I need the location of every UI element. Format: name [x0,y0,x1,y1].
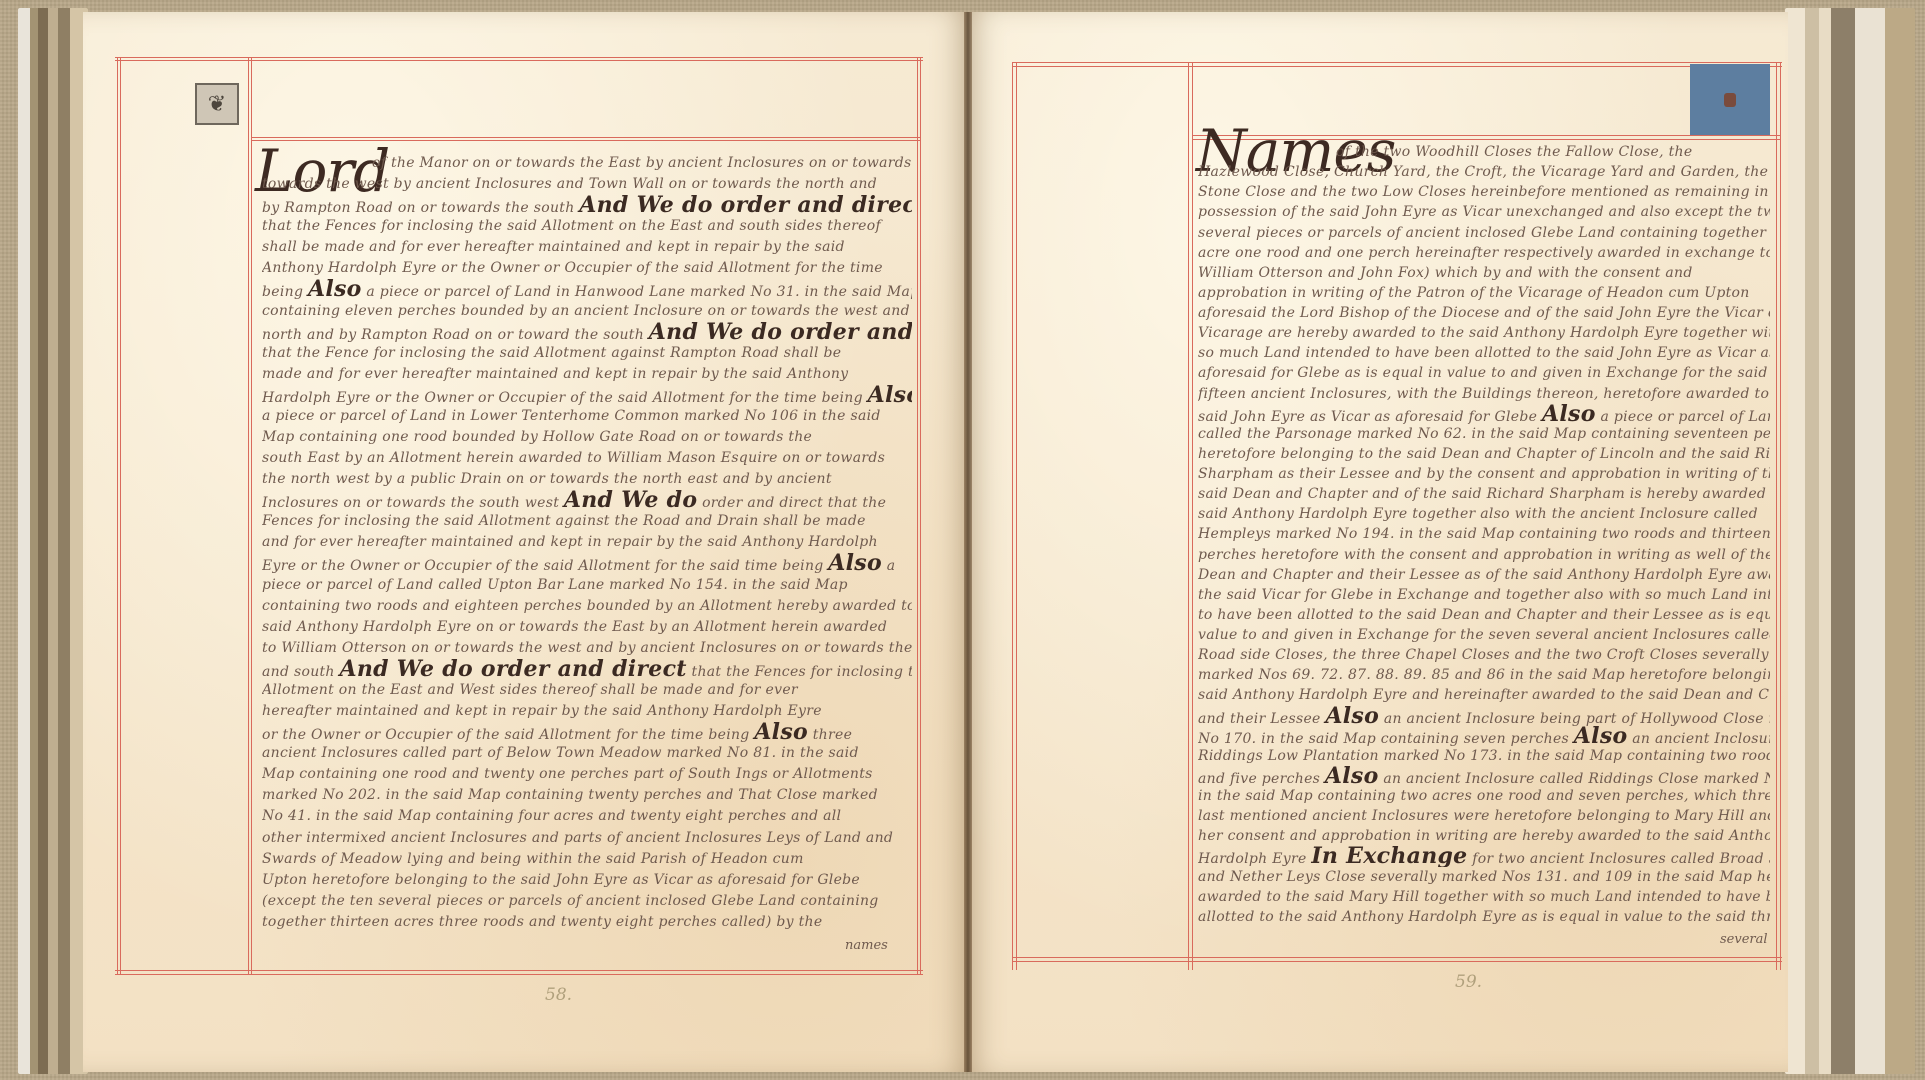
manuscript-line: marked Nos 69. 72. 87. 88. 89. 85 and 86… [1198,665,1770,685]
manuscript-line: and for ever hereafter maintained and ke… [262,532,912,553]
manuscript-line: hereafter maintained and kept in repair … [262,701,912,722]
manuscript-line: Hardolph Eyre In Exchange for two ancien… [1198,846,1770,866]
left-catchword: names [845,938,888,953]
line-text: No 41. in the said Map containing four a… [262,808,841,824]
manuscript-line: Upton heretofore belonging to the said J… [262,870,912,891]
line-text: a piece or parcel of Land in Hanwood Lan… [362,284,912,300]
line-text: and five perches [1198,771,1325,786]
right-frame-left-rule-2 [1016,62,1017,970]
line-text: marked No 202. in the said Map containin… [262,787,878,803]
manuscript-line: to have been allotted to the said Dean a… [1198,605,1770,625]
line-text: allotted to the said Anthony Hardolph Ey… [1198,909,1770,925]
manuscript-line: heretofore belonging to the said Dean an… [1198,444,1770,464]
line-text: made and for ever hereafter maintained a… [262,366,848,382]
line-text: containing eleven perches bounded by an … [262,303,910,319]
line-text: Road side Closes, the three Chapel Close… [1198,647,1769,663]
line-text: order and direct that the [697,495,886,511]
manuscript-line: Dean and Chapter and their Lessee as of … [1198,565,1770,585]
line-text: aforesaid the Lord Bishop of the Diocese… [1198,305,1770,321]
engrossed-phrase: Also [308,279,362,300]
line-text: that the Fences for inclosing the said [687,664,912,680]
manuscript-line: containing two roods and eighteen perche… [262,596,912,617]
line-text: Stone Close and the two Low Closes herei… [1198,184,1770,200]
manuscript-line: Map containing one rood bounded by Hollo… [262,427,912,448]
manuscript-line: that the Fence for inclosing the said Al… [262,343,912,364]
right-frame-bottom-rule-2 [1012,961,1782,962]
line-text: the north west by a public Drain on or t… [262,471,832,487]
manuscript-line: approbation in writing of the Patron of … [1198,283,1770,303]
right-frame-bottom-rule [1012,957,1782,958]
line-text: her consent and approbation in writing a… [1198,828,1770,844]
manuscript-line: north and by Rampton Road on or toward t… [262,322,912,343]
line-text: Sharpham as their Lessee and by the cons… [1198,466,1770,482]
manuscript-line: by Rampton Road on or towards the south … [262,195,912,216]
line-text: and for ever hereafter maintained and ke… [262,534,878,550]
manuscript-line: other intermixed ancient Inclosures and … [262,828,912,849]
right-page-text: of the two Woodhill Closes the Fallow Cl… [1198,142,1770,927]
line-text: the said Vicar for Glebe in Exchange and… [1198,587,1770,603]
manuscript-line: Inclosures on or towards the south west … [262,490,912,511]
manuscript-line: Sharpham as their Lessee and by the cons… [1198,464,1770,484]
left-frame-right-rule-2 [920,57,921,975]
manuscript-line: south East by an Allotment herein awarde… [262,448,912,469]
manuscript-line: together thirteen acres three roods and … [262,912,912,933]
right-frame-top-rule-2 [1012,66,1782,67]
manuscript-line: possession of the said John Eyre as Vica… [1198,202,1770,222]
line-text: Fences for inclosing the said Allotment … [262,513,866,529]
line-text: heretofore belonging to the said Dean an… [1198,446,1770,462]
line-text: No 170. in the said Map containing seven… [1198,731,1574,746]
line-text: in the said Map containing two acres one… [1198,788,1770,804]
line-text: said Dean and Chapter and of the said Ri… [1198,486,1770,502]
line-text: Hempleys marked No 194. in the said Map … [1198,526,1770,542]
left-margin-rule [248,57,249,975]
line-text: an ancient Inclosure called Riddings Clo… [1379,771,1770,786]
line-text: perches heretofore with the consent and … [1198,547,1770,563]
manuscript-line: fifteen ancient Inclosures, with the Bui… [1198,384,1770,404]
line-text: called the Parsonage marked No 62. in th… [1198,426,1770,442]
crest-icon: ❦ [208,92,226,117]
manuscript-line: said Anthony Hardolph Eyre together also… [1198,504,1770,524]
manuscript-line: Eyre or the Owner or Occupier of the sai… [262,553,912,574]
engrossed-phrase: Also [868,385,912,406]
line-text: said Anthony Hardolph Eyre and hereinaft… [1198,687,1770,703]
line-text: an ancient Inclosure called [1627,731,1770,746]
line-text: for two ancient Inclosures called Broad … [1467,851,1770,866]
line-text: that the Fences for inclosing the said A… [262,218,881,234]
engrossed-phrase: Also [1542,404,1596,424]
line-text: a piece or parcel of Land [1596,409,1770,424]
line-text: south East by an Allotment herein awarde… [262,450,885,466]
line-text: and Nether Leys Close severally marked N… [1198,869,1770,885]
manuscript-line: Stone Close and the two Low Closes herei… [1198,182,1770,202]
manuscript-line: towards the west by ancient Inclosures a… [262,174,912,195]
line-text: acre one rood and one perch hereinafter … [1198,245,1770,261]
engrossed-phrase: And We do [564,490,697,511]
line-text: of the two Woodhill Closes the Fallow Cl… [1336,144,1692,160]
line-text: Hardolph Eyre or the Owner or Occupier o… [262,390,868,406]
engrossed-phrase: And We do order and direct [649,322,912,343]
line-text: Vicarage are hereby awarded to the said … [1198,325,1770,341]
right-catchword: several [1720,932,1768,947]
line-text: said John Eyre as Vicar as aforesaid for… [1198,409,1542,424]
line-text: several pieces or parcels of ancient inc… [1198,225,1770,241]
manuscript-line: Riddings Low Plantation marked No 173. i… [1198,746,1770,766]
manuscript-line: said John Eyre as Vicar as aforesaid for… [1198,404,1770,424]
line-text: Map containing one rood bounded by Hollo… [262,429,812,445]
left-frame-left-rule [117,57,118,975]
right-margin-rule-2 [1192,62,1193,970]
line-text: Eyre or the Owner or Occupier of the sai… [262,558,828,574]
left-frame-top-rule [115,57,923,58]
manuscript-line: said Dean and Chapter and of the said Ri… [1198,484,1770,504]
manuscript-line: made and for ever hereafter maintained a… [262,364,912,385]
right-frame-right-rule [1776,62,1777,970]
line-text: Anthony Hardolph Eyre or the Owner or Oc… [262,260,883,276]
line-text: said Anthony Hardolph Eyre on or towards… [262,619,887,635]
right-page-number: 59. [1455,972,1482,992]
line-text: possession of the said John Eyre as Vica… [1198,204,1770,220]
line-text: awarded to the said Mary Hill together w… [1198,889,1770,905]
revenue-stamp-blue [1690,64,1770,135]
manuscript-line: that the Fences for inclosing the said A… [262,216,912,237]
manuscript-line: Vicarage are hereby awarded to the said … [1198,323,1770,343]
manuscript-line: and Nether Leys Close severally marked N… [1198,867,1770,887]
engrossed-phrase: Also [1325,766,1379,786]
right-frame-left-rule [1012,62,1013,970]
left-page-text: of the Manor on or towards the East by a… [262,153,912,933]
manuscript-line: and their Lessee Also an ancient Inclosu… [1198,706,1770,726]
manuscript-line: Allotment on the East and West sides the… [262,680,912,701]
line-text: Hazlewood Close, Church Yard, the Croft,… [1198,164,1768,180]
manuscript-line: piece or parcel of Land called Upton Bar… [262,575,912,596]
manuscript-line: (except the ten several pieces or parcel… [262,891,912,912]
manuscript-line: ancient Inclosures called part of Below … [262,743,912,764]
manuscript-line: being Also a piece or parcel of Land in … [262,279,912,300]
engrossed-phrase: Also [1574,726,1628,746]
manuscript-line: and south And We do order and direct tha… [262,659,912,680]
manuscript-line: perches heretofore with the consent and … [1198,545,1770,565]
manuscript-line: Hardolph Eyre or the Owner or Occupier o… [262,385,912,406]
line-text: to have been allotted to the said Dean a… [1198,607,1770,623]
line-text: Map containing one rood and twenty one p… [262,766,873,782]
manuscript-line: Anthony Hardolph Eyre or the Owner or Oc… [262,258,912,279]
manuscript-line: Fences for inclosing the said Allotment … [262,511,912,532]
left-frame-bottom-rule-2 [115,974,923,975]
manuscript-line: William Otterson and John Fox) which by … [1198,263,1770,283]
left-frame-top-rule-2 [115,60,923,61]
manuscript-line: allotted to the said Anthony Hardolph Ey… [1198,907,1770,927]
seal-icon [1724,93,1736,107]
right-frame-top-rule [1012,62,1782,63]
line-text: by Rampton Road on or towards the south [262,200,579,216]
revenue-stamp-grey: ❦ [195,83,239,125]
engrossed-phrase: Also [1325,706,1379,726]
line-text: together thirteen acres three roods and … [262,914,822,930]
engrossed-phrase: And We do order and direct [579,195,912,216]
manuscript-line: No 41. in the said Map containing four a… [262,806,912,827]
right-margin-rule [1188,62,1189,970]
line-text: hereafter maintained and kept in repair … [262,703,822,719]
manuscript-line: Road side Closes, the three Chapel Close… [1198,645,1770,665]
line-text: Swards of Meadow lying and being within … [262,851,804,867]
line-text: Inclosures on or towards the south west [262,495,564,511]
manuscript-line: called the Parsonage marked No 62. in th… [1198,424,1770,444]
left-frame-bottom-rule [115,970,923,971]
line-text: shall be made and for ever hereafter mai… [262,239,845,255]
engrossed-phrase: In Exchange [1311,846,1467,866]
line-text: and their Lessee [1198,711,1325,726]
manuscript-line: of the two Woodhill Closes the Fallow Cl… [1198,142,1770,162]
manuscript-line: said Anthony Hardolph Eyre and hereinaft… [1198,685,1770,705]
engrossed-phrase: Also [754,722,808,743]
line-text: other intermixed ancient Inclosures and … [262,830,893,846]
manuscript-line: Swards of Meadow lying and being within … [262,849,912,870]
left-page-edges [18,8,88,1074]
manuscript-line: her consent and approbation in writing a… [1198,826,1770,846]
line-text: so much Land intended to have been allot… [1198,345,1770,361]
manuscript-line: or the Owner or Occupier of the said All… [262,722,912,743]
line-text: being [262,284,308,300]
right-frame-right-rule-2 [1780,62,1781,970]
book-gutter [964,12,972,1072]
line-text: Dean and Chapter and their Lessee as of … [1198,567,1770,583]
left-frame-left-rule-2 [120,57,121,975]
manuscript-line: acre one rood and one perch hereinafter … [1198,243,1770,263]
engrossed-phrase: And We do order and direct [340,659,687,680]
manuscript-line: containing eleven perches bounded by an … [262,301,912,322]
manuscript-line: said Anthony Hardolph Eyre on or towards… [262,617,912,638]
manuscript-line: in the said Map containing two acres one… [1198,786,1770,806]
line-text: Allotment on the East and West sides the… [262,682,798,698]
line-text: three [808,727,852,743]
line-text: approbation in writing of the Patron of … [1198,285,1750,301]
manuscript-line: and five perches Also an ancient Inclosu… [1198,766,1770,786]
line-text: aforesaid for Glebe as is equal in value… [1198,365,1768,381]
line-text: or the Owner or Occupier of the said All… [262,727,754,743]
manuscript-line: the north west by a public Drain on or t… [262,469,912,490]
manuscript-line: awarded to the said Mary Hill together w… [1198,887,1770,907]
line-text: Hardolph Eyre [1198,851,1311,866]
line-text: value to and given in Exchange for the s… [1198,627,1770,643]
left-margin-rule-2 [251,57,252,975]
manuscript-line: Map containing one rood and twenty one p… [262,764,912,785]
manuscript-line: Hazlewood Close, Church Yard, the Croft,… [1198,162,1770,182]
line-text: containing two roods and eighteen perche… [262,598,912,614]
line-text: of the Manor on or towards the East by a… [372,155,912,171]
manuscript-line: so much Land intended to have been allot… [1198,343,1770,363]
manuscript-line: aforesaid for Glebe as is equal in value… [1198,363,1770,383]
manuscript-line: Hempleys marked No 194. in the said Map … [1198,524,1770,544]
line-text: north and by Rampton Road on or toward t… [262,327,649,343]
line-text: an ancient Inclosure being part of Holly… [1379,711,1770,726]
line-text: said Anthony Hardolph Eyre together also… [1198,506,1758,522]
manuscript-line: a piece or parcel of Land in Lower Tente… [262,406,912,427]
manuscript-line: of the Manor on or towards the East by a… [262,153,912,174]
line-text: a piece or parcel of Land in Lower Tente… [262,408,881,424]
line-text: ancient Inclosures called part of Below … [262,745,859,761]
line-text: a [882,558,895,574]
manuscript-line: No 170. in the said Map containing seven… [1198,726,1770,746]
manuscript-line: several pieces or parcels of ancient inc… [1198,223,1770,243]
line-text: piece or parcel of Land called Upton Bar… [262,577,848,593]
line-text: towards the west by ancient Inclosures a… [262,176,877,192]
manuscript-line: marked No 202. in the said Map containin… [262,785,912,806]
manuscript-line: value to and given in Exchange for the s… [1198,625,1770,645]
manuscript-line: shall be made and for ever hereafter mai… [262,237,912,258]
line-text: fifteen ancient Inclosures, with the Bui… [1198,386,1770,402]
line-text: that the Fence for inclosing the said Al… [262,345,841,361]
line-text: Riddings Low Plantation marked No 173. i… [1198,748,1770,764]
manuscript-line: last mentioned ancient Inclosures were h… [1198,806,1770,826]
manuscript-line: the said Vicar for Glebe in Exchange and… [1198,585,1770,605]
left-page-number: 58. [545,985,572,1005]
line-text: marked Nos 69. 72. 87. 88. 89. 85 and 86… [1198,667,1770,683]
manuscript-line: aforesaid the Lord Bishop of the Diocese… [1198,303,1770,323]
left-frame-right-rule [917,57,918,975]
line-text: to William Otterson on or towards the we… [262,640,912,656]
line-text: William Otterson and John Fox) which by … [1198,265,1693,281]
right-page-edges [1785,8,1915,1074]
line-text: and south [262,664,340,680]
manuscript-line: to William Otterson on or towards the we… [262,638,912,659]
line-text: (except the ten several pieces or parcel… [262,893,879,909]
engrossed-phrase: Also [828,553,882,574]
line-text: last mentioned ancient Inclosures were h… [1198,808,1770,824]
line-text: Upton heretofore belonging to the said J… [262,872,860,888]
